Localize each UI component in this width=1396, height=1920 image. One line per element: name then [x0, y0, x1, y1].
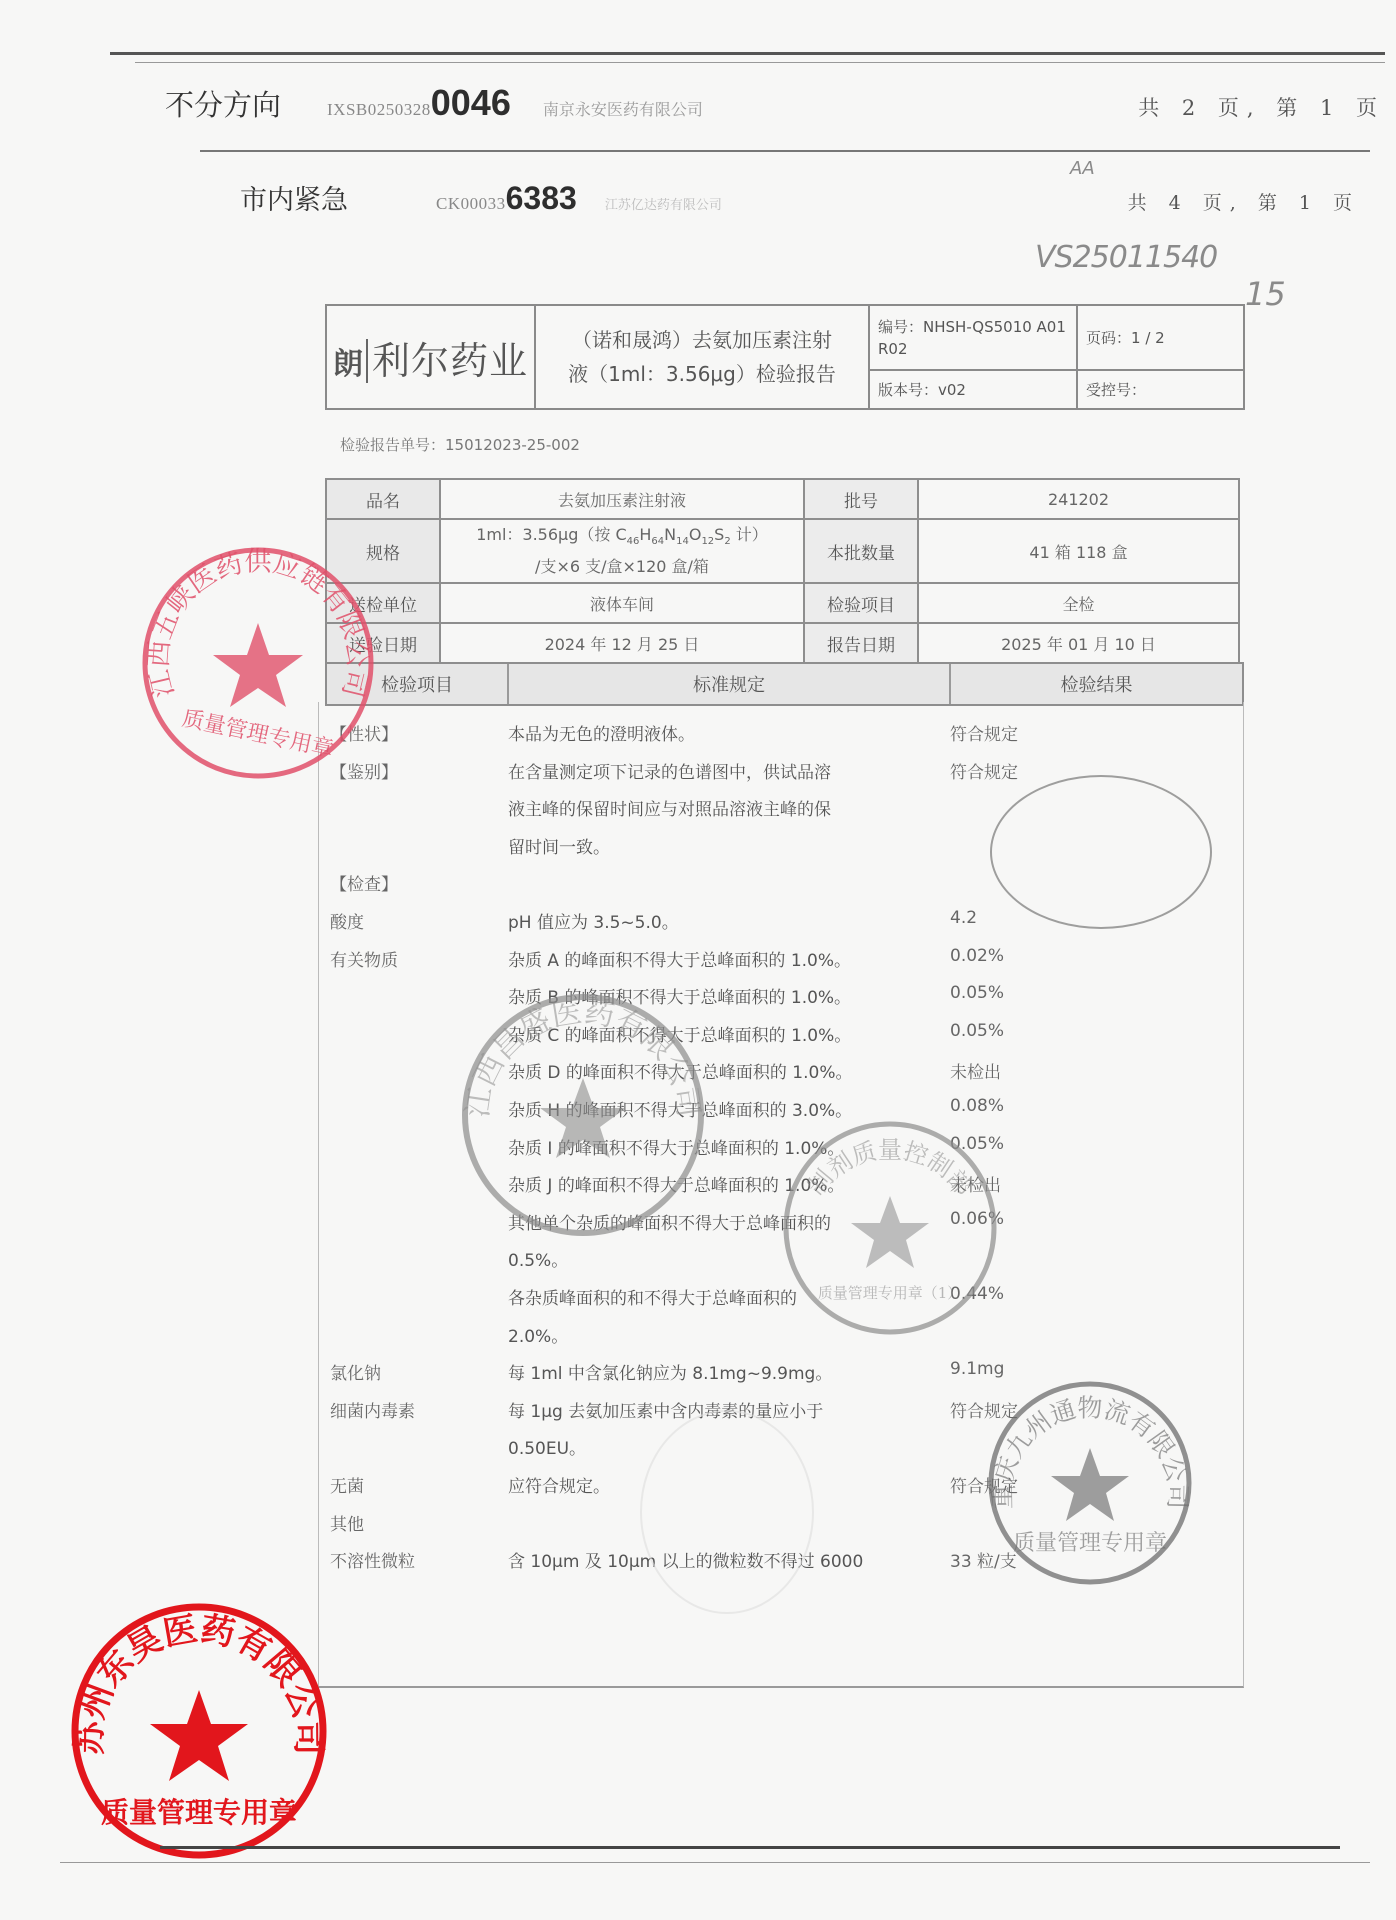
fax-routing: 不分方向 — [165, 83, 281, 124]
submitter-label: 送检单位 — [326, 583, 440, 623]
fax-header-1: 不分方向 IXSB02503280046 南京永安医药有限公司 共 2 页, 第… — [165, 82, 1385, 124]
row-standard: 0.5%。 — [508, 1246, 568, 1271]
fax-header-2: 市内紧急 CK000336383 江苏亿达药有限公司 共 4 页, 第 1 页 — [240, 178, 1360, 217]
row-result: 0.06% — [950, 1209, 1004, 1229]
product-name-label: 品名 — [326, 479, 440, 519]
quantity-label: 本批数量 — [804, 519, 918, 583]
report-title: （诺和晟鸿）去氨加压素注射 液（1ml：3.56μg）检验报告 — [535, 305, 869, 409]
results-column-header: 检验项目 标准规定 检验结果 — [325, 662, 1244, 706]
row-result: 未检出 — [950, 1058, 1001, 1083]
row-standard: 本品为无色的澄明液体。 — [508, 720, 695, 745]
report-number: 检验报告单号：15012023-25-002 — [340, 434, 580, 455]
report-header: 朗利尔药业 （诺和晟鸿）去氨加压素注射 液（1ml：3.56μg）检验报告 编号… — [325, 304, 1245, 410]
oval-stamp — [990, 775, 1212, 929]
spec-label: 规格 — [326, 519, 440, 583]
row-item: 不溶性微粒 — [330, 1547, 415, 1572]
row-result: 0.05% — [950, 1134, 1004, 1154]
fax-company: 南京永安医药有限公司 — [543, 97, 703, 120]
row-item: 酸度 — [330, 908, 364, 933]
row-standard: 杂质 H 的峰面积不得大于总峰面积的 3.0%。 — [508, 1096, 852, 1121]
top-rule-2 — [135, 62, 1385, 63]
batch: 241202 — [918, 479, 1239, 519]
row-result: 9.1mg — [950, 1359, 1004, 1379]
product-name: 去氨加压素注射液 — [440, 479, 804, 519]
row-item: 其他 — [330, 1510, 364, 1535]
version: 版本号：v02 — [869, 370, 1077, 409]
row-item: 有关物质 — [330, 946, 398, 971]
row-result: 未检出 — [950, 1171, 1001, 1196]
controlled-number: 受控号： — [1077, 370, 1244, 409]
header-rule — [200, 150, 1370, 152]
fax-routing: 市内紧急 — [240, 178, 348, 217]
fax-pages: 共 4 页, 第 1 页 — [1128, 188, 1360, 215]
row-standard: 每 1ml 中含氯化钠应为 8.1mg~9.9mg。 — [508, 1359, 832, 1384]
row-standard: 每 1μg 去氨加压素中含内毒素的量应小于 — [508, 1397, 823, 1422]
test-items-label: 检验项目 — [804, 583, 918, 623]
row-standard: 杂质 J 的峰面积不得大于总峰面积的 1.0%。 — [508, 1171, 844, 1196]
row-item: 【检查】 — [330, 870, 398, 895]
bottom-rule — [160, 1846, 1340, 1849]
report-date: 2025 年 01 月 10 日 — [918, 623, 1239, 663]
fax-pages: 共 2 页, 第 1 页 — [1138, 92, 1385, 122]
row-result: 符合规定 — [950, 758, 1018, 783]
svg-text:质量管理专用章: 质量管理专用章 — [180, 706, 336, 762]
page-number: 页码：1 / 2 — [1077, 305, 1244, 370]
spec: 1ml：3.56μg（按 C46H64N14O12S2 计） /支×6 支/盒×… — [440, 519, 804, 583]
row-standard: 各杂质峰面积的和不得大于总峰面积的 — [508, 1284, 797, 1309]
logo-mark-icon: 朗 — [333, 347, 360, 382]
row-result: 0.44% — [950, 1284, 1004, 1304]
row-item: 细菌内毒素 — [330, 1397, 415, 1422]
row-standard: 0.50EU。 — [508, 1434, 586, 1459]
batch-label: 批号 — [804, 479, 918, 519]
column-result: 检验结果 — [951, 664, 1242, 704]
row-standard: 杂质 I 的峰面积不得大于总峰面积的 1.0%。 — [508, 1134, 844, 1159]
quantity: 41 箱 118 盒 — [918, 519, 1239, 583]
column-standard: 标准规定 — [509, 664, 951, 704]
handwritten-number: 15 — [1245, 275, 1286, 313]
row-result: 33 粒/支 — [950, 1547, 1017, 1572]
fax-company: 江苏亿达药有限公司 — [605, 194, 722, 213]
handwritten-initials: AA — [1070, 158, 1095, 179]
row-standard: 应符合规定。 — [508, 1472, 610, 1497]
doc-number: 编号：NHSH-QS5010 A01 R02 — [869, 305, 1077, 370]
row-standard: 杂质 B 的峰面积不得大于总峰面积的 1.0%。 — [508, 983, 851, 1008]
row-standard: 液主峰的保留时间应与对照品溶液主峰的保 — [508, 795, 831, 820]
row-standard: 杂质 D 的峰面积不得大于总峰面积的 1.0%。 — [508, 1058, 853, 1083]
suzhou-stamp: 苏州东昊医药有限公司 质量管理专用章 — [68, 1600, 330, 1862]
column-item: 检验项目 — [327, 664, 509, 704]
row-item: 无菌 — [330, 1472, 364, 1497]
row-result: 0.02% — [950, 946, 1004, 966]
row-standard: 杂质 A 的峰面积不得大于总峰面积的 1.0%。 — [508, 946, 851, 971]
bottom-rule-2 — [60, 1862, 1370, 1863]
fax-code: CK000336383 — [436, 180, 577, 217]
row-standard: 留时间一致。 — [508, 833, 610, 858]
top-rule — [110, 52, 1385, 55]
svg-text:质量管理专用章: 质量管理专用章 — [101, 1796, 297, 1829]
row-result: 0.08% — [950, 1096, 1004, 1116]
row-standard: 2.0%。 — [508, 1322, 568, 1347]
company-logo: 朗利尔药业 — [326, 305, 535, 409]
row-result: 符合规定 — [950, 1472, 1018, 1497]
submit-date: 2024 年 12 月 25 日 — [440, 623, 804, 663]
svg-text:苏州东昊医药有限公司: 苏州东昊医药有限公司 — [70, 1609, 328, 1755]
row-item: 【鉴别】 — [330, 758, 398, 783]
submit-date-label: 送验日期 — [326, 623, 440, 663]
row-item: 【性状】 — [330, 720, 398, 745]
row-standard: 其他单个杂质的峰面积不得大于总峰面积的 — [508, 1209, 831, 1234]
handwritten-ref: VS25011540 — [1035, 240, 1217, 275]
row-standard: 在含量测定项下记录的色谱图中，供试品溶 — [508, 758, 831, 783]
report-date-label: 报告日期 — [804, 623, 918, 663]
row-result: 0.05% — [950, 983, 1004, 1003]
faint-stamp — [640, 1410, 814, 1614]
product-info-table: 品名 去氨加压素注射液 批号 241202 规格 1ml：3.56μg（按 C4… — [325, 478, 1240, 664]
row-item: 氯化钠 — [330, 1359, 381, 1384]
row-result: 符合规定 — [950, 1397, 1018, 1422]
row-standard: 杂质 C 的峰面积不得大于总峰面积的 1.0%。 — [508, 1021, 851, 1046]
row-result: 4.2 — [950, 908, 977, 928]
row-standard: pH 值应为 3.5~5.0。 — [508, 908, 679, 933]
submitter: 液体车间 — [440, 583, 804, 623]
fax-code: IXSB02503280046 — [327, 82, 511, 124]
row-result: 符合规定 — [950, 720, 1018, 745]
test-items: 全检 — [918, 583, 1239, 623]
row-result: 0.05% — [950, 1021, 1004, 1041]
